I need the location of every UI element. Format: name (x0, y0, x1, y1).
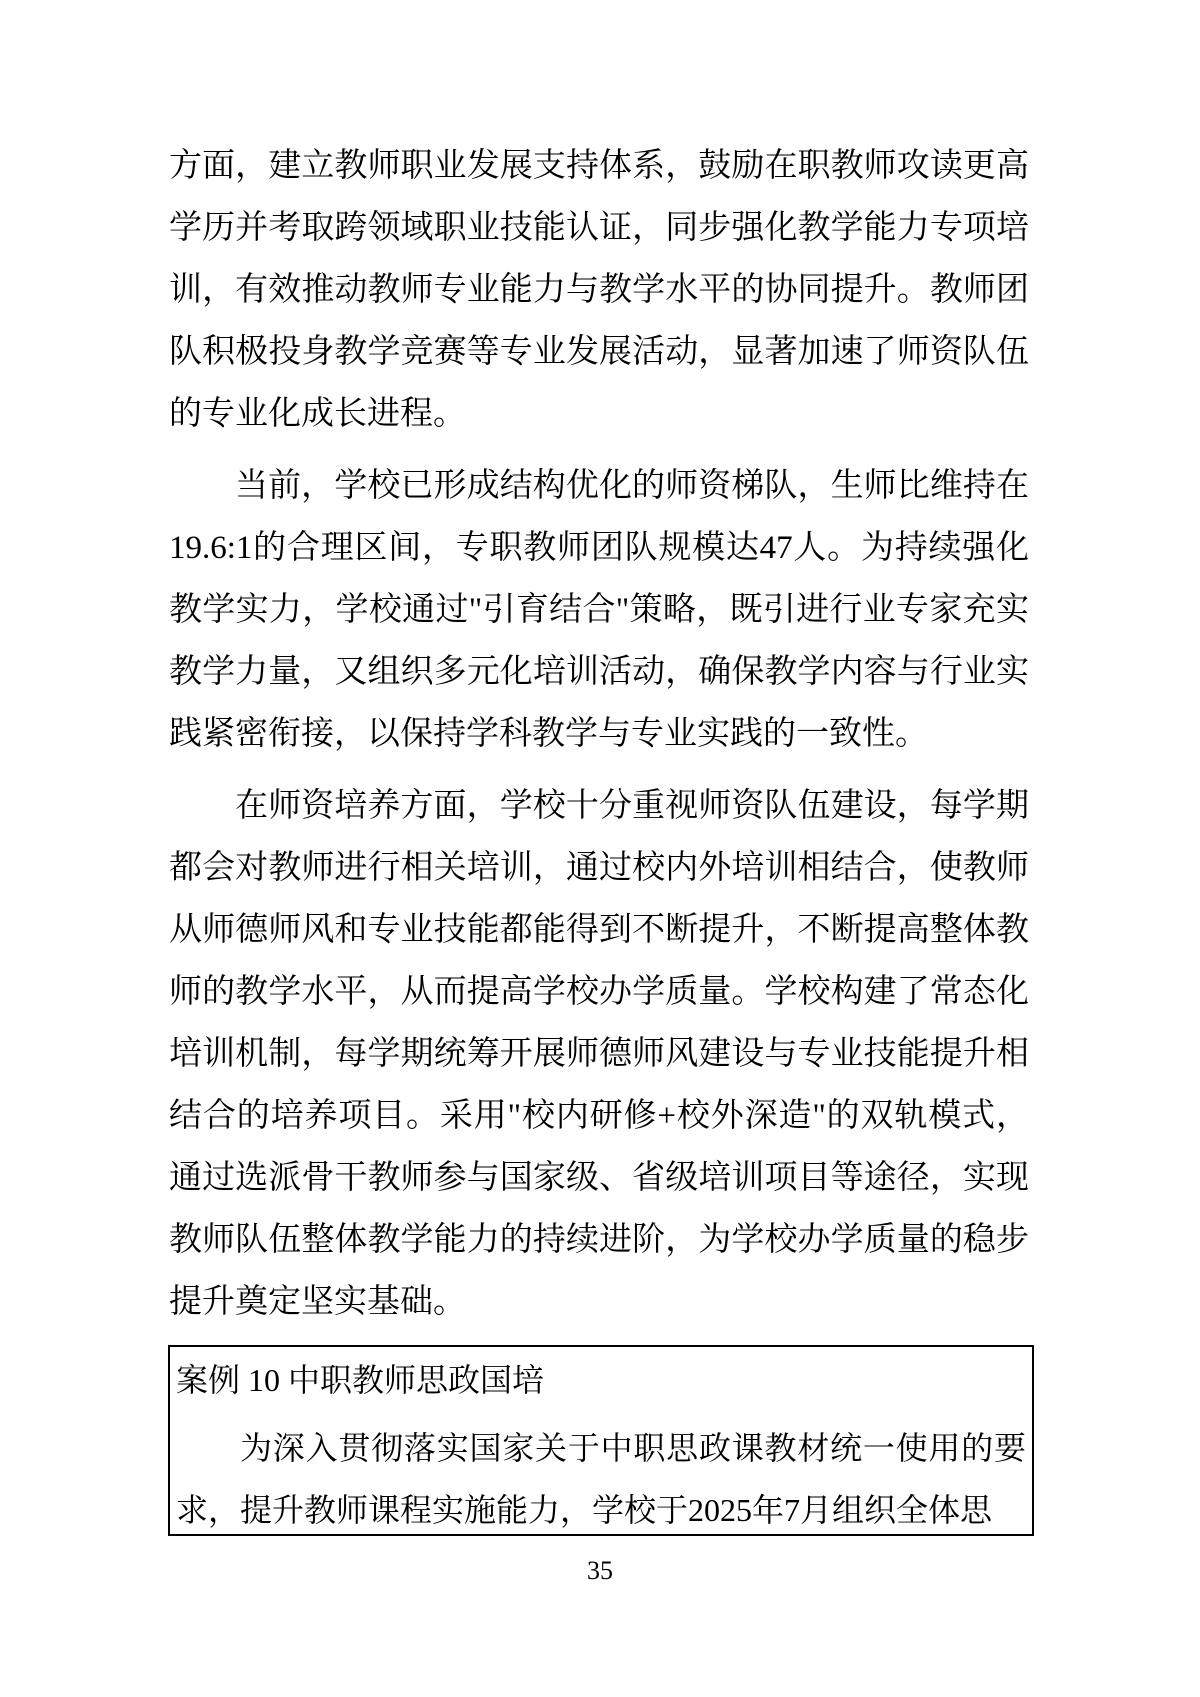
case-study-title: 案例 10 中职教师思政国培 (176, 1349, 1026, 1411)
paragraph-teacher-development: 方面，建立教师职业发展支持体系，鼓励在职教师攻读更高学历并考取跨领域职业技能认证… (169, 135, 1029, 445)
paragraph-faculty-structure: 当前，学校已形成结构优化的师资梯队，生师比维持在19.6:1的合理区间，专职教师… (169, 455, 1029, 765)
paragraph-teacher-training: 在师资培养方面，学校十分重视师资队伍建设，每学期都会对教师进行相关培训，通过校内… (169, 775, 1029, 1333)
page-body-text: 方面，建立教师职业发展支持体系，鼓励在职教师攻读更高学历并考取跨领域职业技能认证… (169, 135, 1029, 1343)
case-study-box: 案例 10 中职教师思政国培 为深入贯彻落实国家关于中职思政课教材统一使用的要求… (168, 1345, 1034, 1536)
page-number: 35 (0, 1556, 1200, 1586)
case-study-body: 为深入贯彻落实国家关于中职思政课教材统一使用的要求，提升教师课程实施能力，学校于… (176, 1417, 1026, 1536)
document-page: 方面，建立教师职业发展支持体系，鼓励在职教师攻读更高学历并考取跨领域职业技能认证… (0, 0, 1200, 1697)
